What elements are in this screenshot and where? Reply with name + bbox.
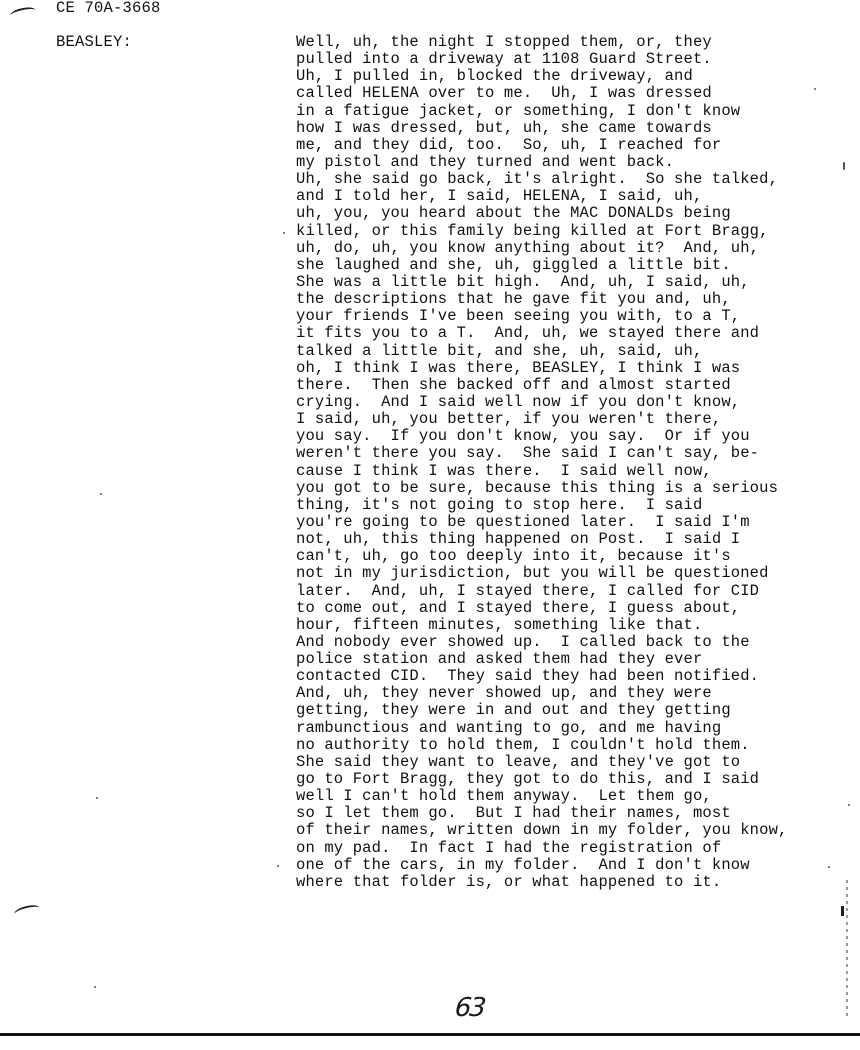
- transcript-line: She was a little bit high. And, uh, I sa…: [296, 274, 856, 291]
- scan-speck: [283, 232, 285, 234]
- scan-speck: [100, 493, 102, 495]
- page-number: 63: [453, 993, 485, 1023]
- transcript-line: go to Fort Bragg, they got to do this, a…: [296, 771, 856, 788]
- transcript-line: Uh, she said go back, it's alright. So s…: [296, 171, 856, 188]
- transcript-line: the descriptions that he gave fit you an…: [296, 291, 856, 308]
- transcript-line: called HELENA over to me. Uh, I was dres…: [296, 85, 856, 102]
- scan-speck: [843, 162, 845, 170]
- transcript-line: cause I think I was there. I said well n…: [296, 463, 856, 480]
- bottom-rule: [0, 1033, 860, 1036]
- transcript-line: crying. And I said well now if you don't…: [296, 394, 856, 411]
- transcript-line: weren't there you say. She said I can't …: [296, 445, 856, 462]
- transcript-line: no authority to hold them, I couldn't ho…: [296, 737, 856, 754]
- transcript-line: where that folder is, or what happened t…: [296, 874, 856, 891]
- transcript-line: And nobody ever showed up. I called back…: [296, 634, 856, 651]
- transcript-line: pulled into a driveway at 1108 Guard Str…: [296, 51, 856, 68]
- transcript-body: Well, uh, the night I stopped them, or, …: [296, 34, 856, 891]
- transcript-line: to come out, and I stayed there, I guess…: [296, 600, 856, 617]
- transcript-line: rambunctious and wanting to go, and me h…: [296, 720, 856, 737]
- transcript-line: can't, uh, go too deeply into it, becaus…: [296, 548, 856, 565]
- transcript-line: I said, uh, you better, if you weren't t…: [296, 411, 856, 428]
- scan-speck: [828, 866, 830, 868]
- transcript-line: it fits you to a T. And, uh, we stayed t…: [296, 325, 856, 342]
- transcript-line: contacted CID. They said they had been n…: [296, 668, 856, 685]
- transcript-line: of their names, written down in my folde…: [296, 822, 856, 839]
- transcript-line: later. And, uh, I stayed there, I called…: [296, 583, 856, 600]
- transcript-line: Well, uh, the night I stopped them, or, …: [296, 34, 856, 51]
- transcript-line: your friends I've been seeing you with, …: [296, 308, 856, 325]
- transcript-line: oh, I think I was there, BEASLEY, I thin…: [296, 360, 856, 377]
- scan-mark: [9, 5, 37, 20]
- scan-speck: [96, 797, 98, 799]
- transcript-line: there. Then she backed off and almost st…: [296, 377, 856, 394]
- transcript-line: uh, do, uh, you know anything about it? …: [296, 240, 856, 257]
- transcript-line: hour, fifteen minutes, something like th…: [296, 617, 856, 634]
- scan-speck: [94, 986, 96, 988]
- transcript-line: uh, you, you heard about the MAC DONALDs…: [296, 205, 856, 222]
- document-id: CE 70A-3668: [56, 0, 161, 17]
- transcript-line: on my pad. In fact I had the registratio…: [296, 840, 856, 857]
- transcript-line: she laughed and she, uh, giggled a littl…: [296, 257, 856, 274]
- transcript-line: how I was dressed, but, uh, she came tow…: [296, 120, 856, 137]
- document-page: CE 70A-3668 BEASLEY: Well, uh, the night…: [0, 0, 860, 1050]
- transcript-line: in a fatigue jacket, or something, I don…: [296, 103, 856, 120]
- transcript-line: killed, or this family being killed at F…: [296, 223, 856, 240]
- transcript-line: my pistol and they turned and went back.: [296, 154, 856, 171]
- transcript-line: not, uh, this thing happened on Post. I …: [296, 531, 856, 548]
- scan-edge: [841, 906, 844, 916]
- scan-speck: [277, 865, 279, 867]
- scan-mark: [13, 903, 41, 919]
- transcript-line: you got to be sure, because this thing i…: [296, 480, 856, 497]
- transcript-line: and I told her, I said, HELENA, I said, …: [296, 188, 856, 205]
- scan-speck: [848, 804, 850, 806]
- transcript-line: She said they want to leave, and they've…: [296, 754, 856, 771]
- transcript-line: you say. If you don't know, you say. Or …: [296, 428, 856, 445]
- transcript-line: so I let them go. But I had their names,…: [296, 805, 856, 822]
- transcript-line: And, uh, they never showed up, and they …: [296, 685, 856, 702]
- transcript-line: police station and asked them had they e…: [296, 651, 856, 668]
- transcript-line: Uh, I pulled in, blocked the driveway, a…: [296, 68, 856, 85]
- transcript-line: me, and they did, too. So, uh, I reached…: [296, 137, 856, 154]
- scan-edge: [846, 880, 848, 1020]
- scan-speck: [814, 88, 816, 90]
- transcript-line: you're going to be questioned later. I s…: [296, 514, 856, 531]
- transcript-line: well I can't hold them anyway. Let them …: [296, 788, 856, 805]
- transcript-line: getting, they were in and out and they g…: [296, 702, 856, 719]
- transcript-line: talked a little bit, and she, uh, said, …: [296, 343, 856, 360]
- transcript-line: not in my jurisdiction, but you will be …: [296, 565, 856, 582]
- speaker-label: BEASLEY:: [56, 34, 132, 51]
- transcript-line: thing, it's not going to stop here. I sa…: [296, 497, 856, 514]
- transcript-line: one of the cars, in my folder. And I don…: [296, 857, 856, 874]
